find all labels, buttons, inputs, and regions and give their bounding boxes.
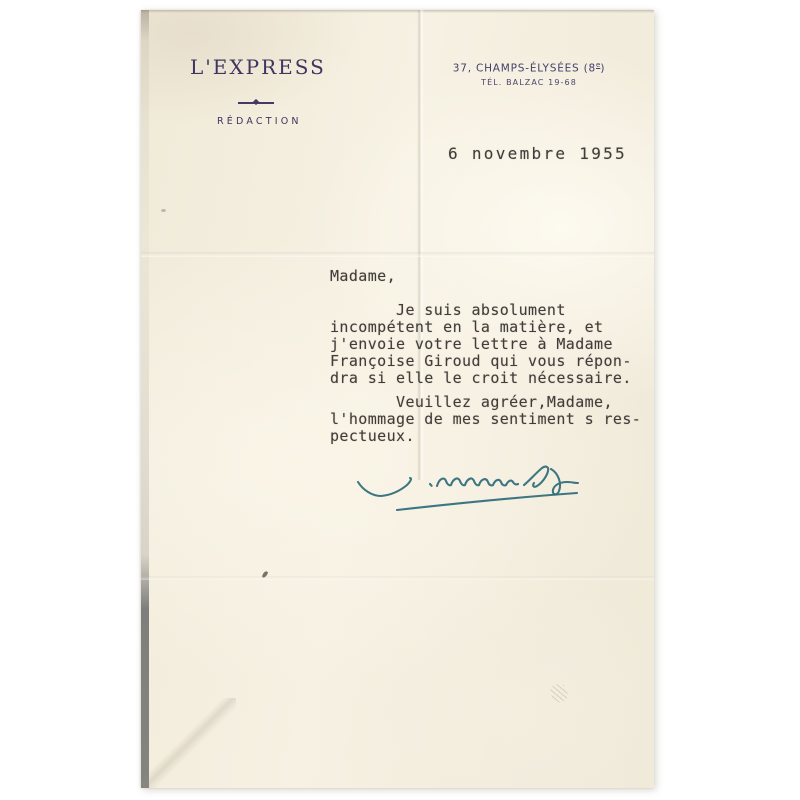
corner-wrinkle [141, 698, 236, 788]
department-label: RÉDACTION [217, 116, 302, 127]
letter-paper: L'EXPRESS RÉDACTION 37, CHAMPS-ÉLYSÉES (… [141, 10, 654, 788]
address-text: 37, CHAMPS-ÉLYSÉES (8 [453, 63, 596, 75]
body-line: dra si elle le croit nécessaire. [330, 370, 660, 387]
body-line: l'hommage de mes sentiment s res- [330, 411, 660, 428]
paper-left-edge [141, 10, 149, 788]
body-line: Veuillez agréer,Madame, [330, 394, 660, 411]
greeting-line: Madame, [330, 268, 660, 285]
body-line: Je suis absolument [330, 302, 660, 319]
scan-background: L'EXPRESS RÉDACTION 37, CHAMPS-ÉLYSÉES (… [0, 0, 800, 800]
closing-paragraph: Veuillez agréer,Madame, l'hommage de mes… [330, 394, 660, 445]
handwritten-signature [346, 460, 586, 516]
diamond-divider-icon [238, 102, 274, 104]
paper-speck [161, 209, 166, 212]
body-line: pectueux. [330, 428, 660, 445]
pencil-smudge [548, 682, 569, 704]
letter-body: Madame, Je suis absolument incompétent e… [330, 268, 660, 445]
letterhead-address-block: 37, CHAMPS-ÉLYSÉES (8e) TÉL. BALZAC 19-6… [443, 61, 615, 87]
address-line: 37, CHAMPS-ÉLYSÉES (8e) [443, 61, 615, 75]
address-close-paren: ) [600, 63, 605, 75]
body-line: Françoise Giroud qui vous répon- [330, 353, 660, 370]
blank-line [330, 285, 660, 302]
letter-date: 6 novembre 1955 [448, 144, 627, 163]
horizontal-fold-crease-upper [141, 252, 654, 257]
horizontal-fold-crease-lower [141, 576, 654, 580]
phone-line: TÉL. BALZAC 19-68 [443, 78, 615, 87]
body-line: incompétent en la matière, et [330, 319, 660, 336]
body-line: j'envoie votre lettre à Madame [330, 336, 660, 353]
lexpress-logo: L'EXPRESS [190, 55, 326, 79]
